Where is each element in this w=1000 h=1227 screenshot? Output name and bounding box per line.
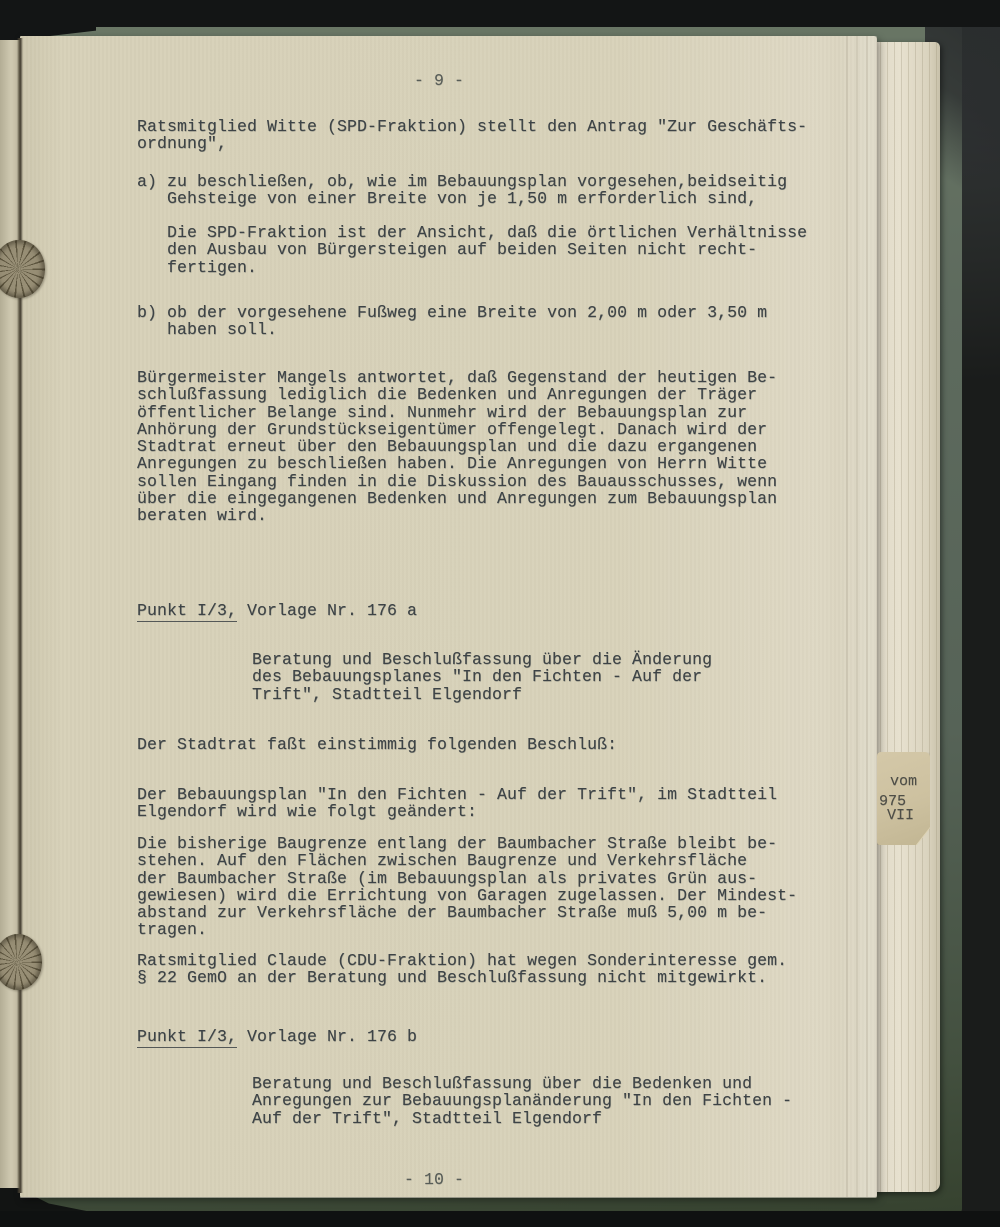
agenda-item-b-heading: Punkt I/3, Vorlage Nr. 176 b	[137, 1028, 417, 1045]
motion-intro-paragraph: Ratsmitglied Witte (SPD-Fraktion) stellt…	[137, 118, 807, 153]
agenda-item-b-label: Punkt I/3,	[137, 1027, 237, 1048]
page-number-top: - 9 -	[414, 72, 464, 89]
abstention-note-paragraph: Ratsmitglied Claude (CDU-Fraktion) hat w…	[137, 952, 787, 987]
agenda-item-b-reference: Vorlage Nr. 176 b	[237, 1027, 417, 1046]
agenda-item-a-heading: Punkt I/3, Vorlage Nr. 176 a	[137, 602, 417, 619]
scanned-minutes-page: - 9 - Ratsmitglied Witte (SPD-Fraktion) …	[0, 0, 1000, 1227]
binder-top-edge	[0, 0, 1000, 27]
page-edge-stack	[873, 42, 940, 1192]
page-number-bottom: - 10 -	[404, 1171, 464, 1188]
agenda-item-b-subject: Beratung und Beschlußfassung über die Be…	[252, 1075, 792, 1127]
resolution-intro-line: Der Stadtrat faßt einstimmig folgenden B…	[137, 736, 617, 753]
motion-item-a-note: Die SPD-Fraktion ist der Ansicht, daß di…	[167, 224, 807, 276]
resolution-detail-paragraph: Die bisherige Baugrenze entlang der Baum…	[137, 835, 797, 939]
binder-bottom-edge	[0, 1211, 1000, 1227]
motion-item-b: b) ob der vorgesehene Fußweg eine Breite…	[137, 304, 767, 339]
agenda-item-a-subject: Beratung und Beschlußfassung über die Än…	[252, 651, 712, 703]
mayor-reply-paragraph: Bürgermeister Mangels antwortet, daß Geg…	[137, 369, 777, 525]
index-tab-line-1: vom	[890, 774, 917, 789]
binding-gutter-line	[17, 38, 23, 1193]
resolution-text-paragraph: Der Bebauungsplan "In den Fichten - Auf …	[137, 786, 777, 821]
index-tab-line-3: VII	[887, 808, 914, 823]
motion-item-a: a) zu beschließen, ob, wie im Bebauungsp…	[137, 173, 787, 208]
index-tab: vom 975 VII	[877, 752, 930, 845]
agenda-item-a-label: Punkt I/3,	[137, 601, 237, 622]
agenda-item-a-reference: Vorlage Nr. 176 a	[237, 601, 417, 620]
page-edge-creases	[838, 36, 877, 1197]
